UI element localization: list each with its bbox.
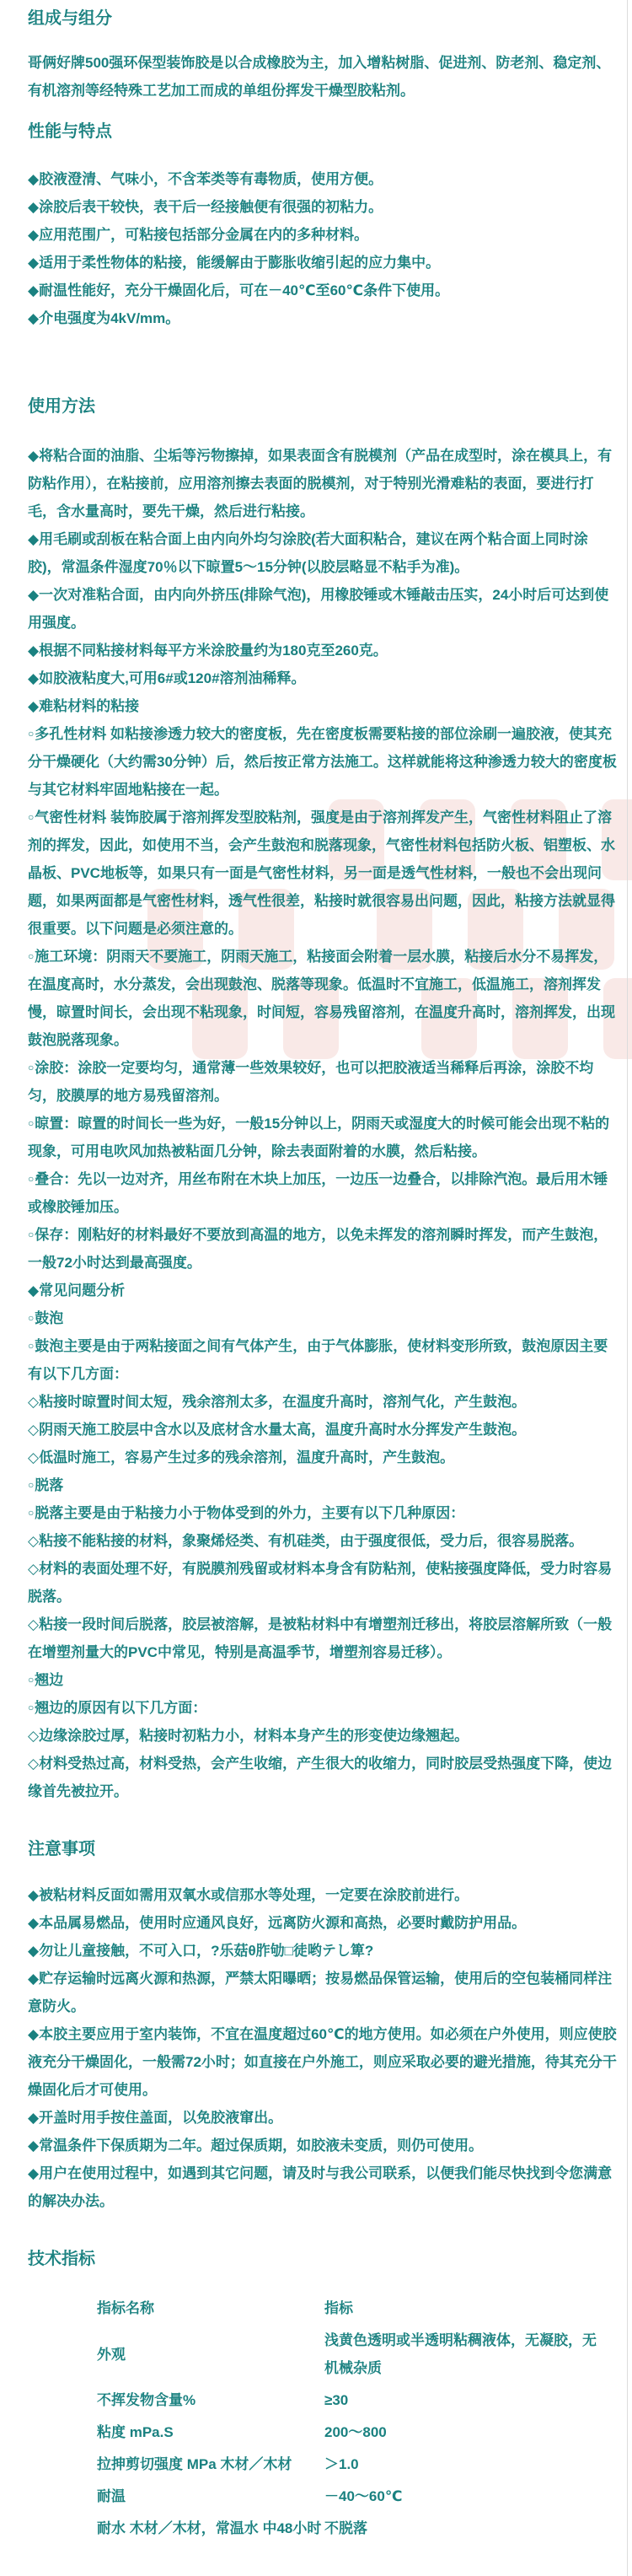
- bullet-icon: ◇: [28, 1561, 39, 1577]
- list-item: ◆适用于柔性物体的粘接，能缓解由于膨胀收缩引起的应力集中。: [28, 249, 621, 277]
- list-item: ◆难粘材料的粘接: [28, 692, 621, 720]
- bullet-icon: ◆: [28, 2165, 39, 2181]
- specs-header-cell: 指标名称: [97, 2294, 324, 2322]
- list-item: ◇粘接不能粘接的材料，象聚烯烃类、有机硅类，由于强度很低，受力后，很容易脱落。: [28, 1527, 621, 1555]
- spec-value: 浅黄色透明或半透明粘稠液体，无凝胶，无机械杂质: [324, 2326, 606, 2382]
- section-heading: 注意事项: [28, 1839, 621, 1859]
- list-item: ◆常见问题分析: [28, 1277, 621, 1304]
- list-item-text: 应用范围广，可粘接包括部分金属在内的多种材料。: [39, 227, 368, 243]
- list-item: ◆开盖时用手按住盖面，以免胶液窜出。: [28, 2104, 621, 2132]
- list-item: ○气密性材料 装饰胶属于溶剂挥发型胶粘剂，强度是由于溶剂挥发产生，气密性材料阻止…: [28, 804, 621, 943]
- list-item-text: 常见问题分析: [39, 1283, 125, 1299]
- list-item-text: 粘接时晾置时间太短，残余溶剂太多，在温度升高时，溶剂气化，产生鼓泡。: [39, 1394, 526, 1410]
- bullet-icon: ◆: [28, 171, 39, 187]
- list-item-text: 根据不同粘接材料每平方米涂胶量约为180克至260克。: [39, 643, 388, 659]
- list-item: ○保存：刚粘好的材料最好不要放到高温的地方，以免未挥发的溶剂瞬时挥发，而产生鼓泡…: [28, 1221, 621, 1277]
- list-item-text: 耐温性能好，充分干燥固化后，可在－40℃至60℃条件下使用。: [39, 282, 449, 298]
- list-item-text: 低温时施工，容易产生过多的残余溶剂，温度升高时，产生鼓泡。: [39, 1449, 454, 1465]
- list-item-text: 粘接不能粘接的材料，象聚烯烃类、有机硅类，由于强度很低，受力后，很容易脱落。: [39, 1533, 583, 1549]
- spec-value: 不脱落: [324, 2514, 606, 2542]
- list-item-text: 用毛刷或刮板在粘合面上由内向外均匀涂胶(若大面积粘合，建议在两个粘合面上同时涂胶…: [28, 531, 588, 575]
- list-item-text: 勿让儿童接触，不可入口，?乐菇θ胙劬□徒哟テし箄?: [39, 1943, 373, 1959]
- bullet-icon: ○: [28, 1229, 35, 1240]
- bullet-icon: ◆: [28, 199, 39, 215]
- list-item: ○涂胶：涂胶一定要均匀，通常薄一些效果较好，也可以把胶液适当稀释后再涂，涂胶不均…: [28, 1054, 621, 1110]
- bullet-icon: ◆: [28, 2138, 39, 2154]
- bullet-icon: ◆: [28, 698, 39, 714]
- list-item-text: 贮存运输时远离火源和热源，严禁太阳曝晒；按易燃品保管运输，使用后的空包装桶同样注…: [28, 1971, 612, 2014]
- list-item-text: 将粘合面的油脂、尘垢等污物擦掉，如果表面含有脱模剂（产品在成型时，涂在模具上，有…: [28, 448, 612, 519]
- list-item: ◇粘接时晾置时间太短，残余溶剂太多，在温度升高时，溶剂气化，产生鼓泡。: [28, 1388, 621, 1416]
- bullet-icon: ○: [28, 1674, 35, 1686]
- list-item-text: 脱落主要是由于粘接力小于物体受到的外力，主要有以下几种原因：: [35, 1505, 464, 1521]
- section-specs: 技术指标 指标名称指标外观浅黄色透明或半透明粘稠液体，无凝胶，无机械杂质不挥发物…: [28, 2249, 621, 2542]
- bullet-icon: ◆: [28, 282, 39, 298]
- list-item: ◆胶液澄清、气味小，不含苯类等有毒物质，使用方便。: [28, 165, 621, 193]
- list-item-text: 材料受热过高，材料受热，会产生收缩，产生很大的收缩力，同时胶层受热强度下降，使边…: [28, 1756, 612, 1799]
- list-item-text: 鼓泡: [35, 1310, 63, 1326]
- list-item: ◇边缘涂胶过厚，粘接时初粘力小，材料本身产生的形变使边缘翘起。: [28, 1722, 621, 1750]
- list-item-text: 叠合：先以一边对齐，用丝布附在木块上加压，一边压一边叠合，以排除汽泡。最后用木锤…: [28, 1171, 608, 1215]
- list-item-text: 鼓泡主要是由于两粘接面之间有气体产生，由于气体膨胀，使材料变形所致，鼓泡原因主要…: [28, 1338, 608, 1382]
- list-item-text: 胶液澄清、气味小，不含苯类等有毒物质，使用方便。: [39, 171, 383, 187]
- list-item-text: 材料的表面处理不好，有脱膜剂残留或材料本身含有防粘剂，使粘接强度降低，受力时容易…: [28, 1561, 612, 1605]
- list-item-text: 粘接一段时间后脱落，胶层被溶解，是被粘材料中有增塑剂迁移出，将胶层溶解所致（一般…: [28, 1616, 612, 1660]
- bullet-icon: ◆: [28, 2026, 39, 2042]
- list-item-text: 开盖时用手按住盖面，以免胶液窜出。: [39, 2110, 282, 2126]
- list-item: ◇粘接一段时间后脱落，胶层被溶解，是被粘材料中有增塑剂迁移出，将胶层溶解所致（一…: [28, 1611, 621, 1666]
- list-item-text: 翘边的原因有以下几方面：: [35, 1700, 206, 1716]
- spec-name: 耐水 木材／木材，常温水 中48小时: [97, 2514, 324, 2542]
- bullet-icon: ◇: [28, 1728, 39, 1744]
- list-item: ◆用毛刷或刮板在粘合面上由内向外均匀涂胶(若大面积粘合，建议在两个粘合面上同时涂…: [28, 525, 621, 581]
- bullet-icon: ◇: [28, 1616, 39, 1632]
- spec-value: 200～800: [324, 2418, 606, 2446]
- list-item-text: 施工环境：阴雨天不要施工，阴雨天施工，粘接面会附着一层水膜，粘接后水分不易挥发，…: [28, 949, 615, 1048]
- list-item-text: 边缘涂胶过厚，粘接时初粘力小，材料本身产生的形变使边缘翘起。: [39, 1728, 469, 1744]
- list-item: ◆本品属易燃品，使用时应通风良好，远离防火源和高热，必要时戴防护用品。: [28, 1909, 621, 1937]
- bullet-icon: ◇: [28, 1533, 39, 1549]
- bullet-icon: ◆: [28, 1915, 39, 1931]
- list-item-text: 如胶液粘度大,可用6#或120#溶剂油稀释。: [39, 670, 305, 686]
- spec-value: －40～60℃: [324, 2482, 606, 2510]
- list-item-text: 被粘材料反面如需用双氧水或信那水等处理，一定要在涂胶前进行。: [39, 1887, 469, 1903]
- bullet-icon: ◆: [28, 531, 39, 547]
- list-item-text: 阴雨天施工胶层中含水以及底材含水量太高，温度升高时水分挥发产生鼓泡。: [39, 1422, 526, 1438]
- bullet-icon: ◆: [28, 670, 39, 686]
- spec-name: 外观: [97, 2341, 324, 2369]
- list-item: ◆根据不同粘接材料每平方米涂胶量约为180克至260克。: [28, 637, 621, 664]
- list-item: ◆勿让儿童接触，不可入口，?乐菇θ胙劬□徒哟テし箄?: [28, 1937, 621, 1965]
- list-item-text: 难粘材料的粘接: [39, 698, 139, 714]
- bullet-icon: ◆: [28, 1283, 39, 1299]
- bullet-icon: ◆: [28, 1887, 39, 1903]
- list-item: ◇材料的表面处理不好，有脱膜剂残留或材料本身含有防粘剂，使粘接强度降低，受力时容…: [28, 1555, 621, 1611]
- list-item-text: 用户在使用过程中，如遇到其它问题，请及时与我公司联系，以便我们能尽快找到令您满意…: [28, 2165, 612, 2209]
- list-item-text: 脱落: [35, 1477, 63, 1493]
- section-heading: 使用方法: [28, 396, 621, 417]
- bullet-icon: ○: [28, 1507, 35, 1519]
- spec-name: 粘度 mPa.S: [97, 2418, 324, 2446]
- list-item: ◆常温条件下保质期为二年。超过保质期，如胶液未变质，则仍可使用。: [28, 2132, 621, 2159]
- bullet-icon: ◇: [28, 1422, 39, 1438]
- spec-name: 耐温: [97, 2482, 324, 2510]
- section-heading: 技术指标: [28, 2249, 621, 2269]
- bullet-icon: ○: [28, 1117, 35, 1129]
- list-item: ◆应用范围广，可粘接包括部分金属在内的多种材料。: [28, 221, 621, 249]
- bullet-icon: ○: [28, 1062, 35, 1073]
- section-heading: 性能与特点: [28, 121, 621, 142]
- product-detail-page: 组成与组分 哥俩好牌500强环保型装饰胶是以合成橡胶为主，加入增粘树脂、促进剂、…: [0, 0, 632, 2576]
- spec-name: 不挥发物含量%: [97, 2386, 324, 2414]
- bullet-icon: ○: [28, 1173, 35, 1185]
- list-item-text: 本品属易燃品，使用时应通风良好，远离防火源和高热，必要时戴防护用品。: [39, 1915, 526, 1931]
- bullet-icon: ○: [28, 1312, 35, 1324]
- bullet-icon: ○: [28, 1702, 35, 1713]
- list-item-text: 介电强度为4kV/mm。: [39, 310, 179, 326]
- list-item-text: 翘边: [35, 1672, 63, 1688]
- list-item: ◆介电强度为4kV/mm。: [28, 304, 621, 332]
- list-item-text: 保存：刚粘好的材料最好不要放到高温的地方，以免未挥发的溶剂瞬时挥发，而产生鼓泡，…: [28, 1227, 608, 1271]
- list-item-text: 涂胶：涂胶一定要均匀，通常薄一些效果较好，也可以把胶液适当稀释后再涂，涂胶不均匀…: [28, 1060, 593, 1104]
- list-item-text: 本胶主要应用于室内装饰，不宜在温度超过60℃的地方使用。如必须在户外使用，则应使…: [28, 2026, 617, 2098]
- list-item-text: 气密性材料 装饰胶属于溶剂挥发型胶粘剂，强度是由于溶剂挥发产生，气密性材料阻止了…: [28, 809, 615, 937]
- bullet-icon: ○: [28, 811, 35, 823]
- specs-table: 指标名称指标外观浅黄色透明或半透明粘稠液体，无凝胶，无机械杂质不挥发物含量%≥3…: [97, 2294, 621, 2542]
- list-item: ◆被粘材料反面如需用双氧水或信那水等处理，一定要在涂胶前进行。: [28, 1881, 621, 1909]
- list-item: ○脱落主要是由于粘接力小于物体受到的外力，主要有以下几种原因：: [28, 1499, 621, 1527]
- list-item: ◆耐温性能好，充分干燥固化后，可在－40℃至60℃条件下使用。: [28, 277, 621, 304]
- list-item: ◇材料受热过高，材料受热，会产生收缩，产生很大的收缩力，同时胶层受热强度下降，使…: [28, 1750, 621, 1805]
- bullet-icon: ◇: [28, 1449, 39, 1465]
- list-item: ◇低温时施工，容易产生过多的残余溶剂，温度升高时，产生鼓泡。: [28, 1444, 621, 1471]
- bullet-icon: ○: [28, 1479, 35, 1491]
- list-item-text: 涂胶后表干较快，表干后一经接触便有很强的初粘力。: [39, 199, 383, 215]
- bullet-icon: ◆: [28, 1971, 39, 1987]
- bullet-icon: ◆: [28, 2110, 39, 2126]
- list-item: ◆如胶液粘度大,可用6#或120#溶剂油稀释。: [28, 664, 621, 692]
- section-heading: 组成与组分: [28, 8, 621, 29]
- list-item: ◆涂胶后表干较快，表干后一经接触便有很强的初粘力。: [28, 193, 621, 221]
- list-item-text: 一次对准粘合面，由内向外挤压(排除气泡)，用橡胶锤或木锤敲击压实，24小时后可达…: [28, 587, 608, 631]
- bullet-icon: ◆: [28, 255, 39, 271]
- list-item: ○脱落: [28, 1471, 621, 1499]
- bullet-icon: ◆: [28, 587, 39, 603]
- bullet-icon: ◆: [28, 1943, 39, 1959]
- list-item: ○晾置：晾置的时间长一些为好，一般15分钟以上，阴雨天或湿度大的时候可能会出现不…: [28, 1110, 621, 1165]
- spec-value: ＞1.0: [324, 2450, 606, 2478]
- bullet-icon: ◆: [28, 643, 39, 659]
- list-item-text: 适用于柔性物体的粘接，能缓解由于膨胀收缩引起的应力集中。: [39, 255, 440, 271]
- list-item: ○叠合：先以一边对齐，用丝布附在木块上加压，一边压一边叠合，以排除汽泡。最后用木…: [28, 1165, 621, 1221]
- bullet-icon: ○: [28, 950, 35, 962]
- section-usage: 使用方法 ◆将粘合面的油脂、尘垢等污物擦掉，如果表面含有脱模剂（产品在成型时，涂…: [28, 396, 621, 1805]
- list-item: ○翘边的原因有以下几方面：: [28, 1694, 621, 1722]
- list-item: ◆将粘合面的油脂、尘垢等污物擦掉，如果表面含有脱模剂（产品在成型时，涂在模具上，…: [28, 442, 621, 525]
- bullet-icon: ○: [28, 1340, 35, 1352]
- spec-value: ≥30: [324, 2386, 606, 2414]
- bullet-icon: ◇: [28, 1756, 39, 1772]
- list-item: ◇阴雨天施工胶层中含水以及底材含水量太高，温度升高时水分挥发产生鼓泡。: [28, 1416, 621, 1444]
- bullet-icon: ◆: [28, 310, 39, 326]
- list-item: ◆贮存运输时远离火源和热源，严禁太阳曝晒；按易燃品保管运输，使用后的空包装桶同样…: [28, 1965, 621, 2020]
- list-item: ○多孔性材料 如粘接渗透力较大的密度板，先在密度板需要粘接的部位涂刷一遍胶液，使…: [28, 720, 621, 804]
- list-item: ○翘边: [28, 1666, 621, 1694]
- bullet-icon: ◇: [28, 1394, 39, 1410]
- bullet-icon: ○: [28, 728, 35, 739]
- spec-name: 拉抻剪切强度 MPa 木材／木材: [97, 2450, 324, 2478]
- list-item: ○施工环境：阴雨天不要施工，阴雨天施工，粘接面会附着一层水膜，粘接后水分不易挥发…: [28, 943, 621, 1054]
- bullet-icon: ◆: [28, 227, 39, 243]
- specs-header-cell: 指标: [324, 2294, 606, 2322]
- list-item-text: 晾置：晾置的时间长一些为好，一般15分钟以上，阴雨天或湿度大的时候可能会出现不粘…: [28, 1116, 609, 1159]
- list-item: ◆本胶主要应用于室内装饰，不宜在温度超过60℃的地方使用。如必须在户外使用，则应…: [28, 2020, 621, 2104]
- section-paragraph: 哥俩好牌500强环保型装饰胶是以合成橡胶为主，加入增粘树脂、促进剂、防老剂、稳定…: [28, 49, 621, 105]
- list-item: ○鼓泡主要是由于两粘接面之间有气体产生，由于气体膨胀，使材料变形所致，鼓泡原因主…: [28, 1332, 621, 1388]
- section-precautions: 注意事项 ◆被粘材料反面如需用双氧水或信那水等处理，一定要在涂胶前进行。◆本品属…: [28, 1839, 621, 2215]
- section-composition: 组成与组分 哥俩好牌500强环保型装饰胶是以合成橡胶为主，加入增粘树脂、促进剂、…: [28, 8, 621, 105]
- list-item-text: 多孔性材料 如粘接渗透力较大的密度板，先在密度板需要粘接的部位涂刷一遍胶液，使其…: [28, 726, 617, 798]
- list-item: ◆用户在使用过程中，如遇到其它问题，请及时与我公司联系，以便我们能尽快找到令您满…: [28, 2159, 621, 2215]
- section-features: 性能与特点 ◆胶液澄清、气味小，不含苯类等有毒物质，使用方便。◆涂胶后表干较快，…: [28, 121, 621, 332]
- bullet-icon: ◆: [28, 448, 39, 464]
- list-item: ○鼓泡: [28, 1304, 621, 1332]
- product-description-content: 组成与组分 哥俩好牌500强环保型装饰胶是以合成橡胶为主，加入增粘树脂、促进剂、…: [0, 0, 632, 2576]
- list-item-text: 常温条件下保质期为二年。超过保质期，如胶液未变质，则仍可使用。: [39, 2138, 483, 2154]
- list-item: ◆一次对准粘合面，由内向外挤压(排除气泡)，用橡胶锤或木锤敲击压实，24小时后可…: [28, 581, 621, 637]
